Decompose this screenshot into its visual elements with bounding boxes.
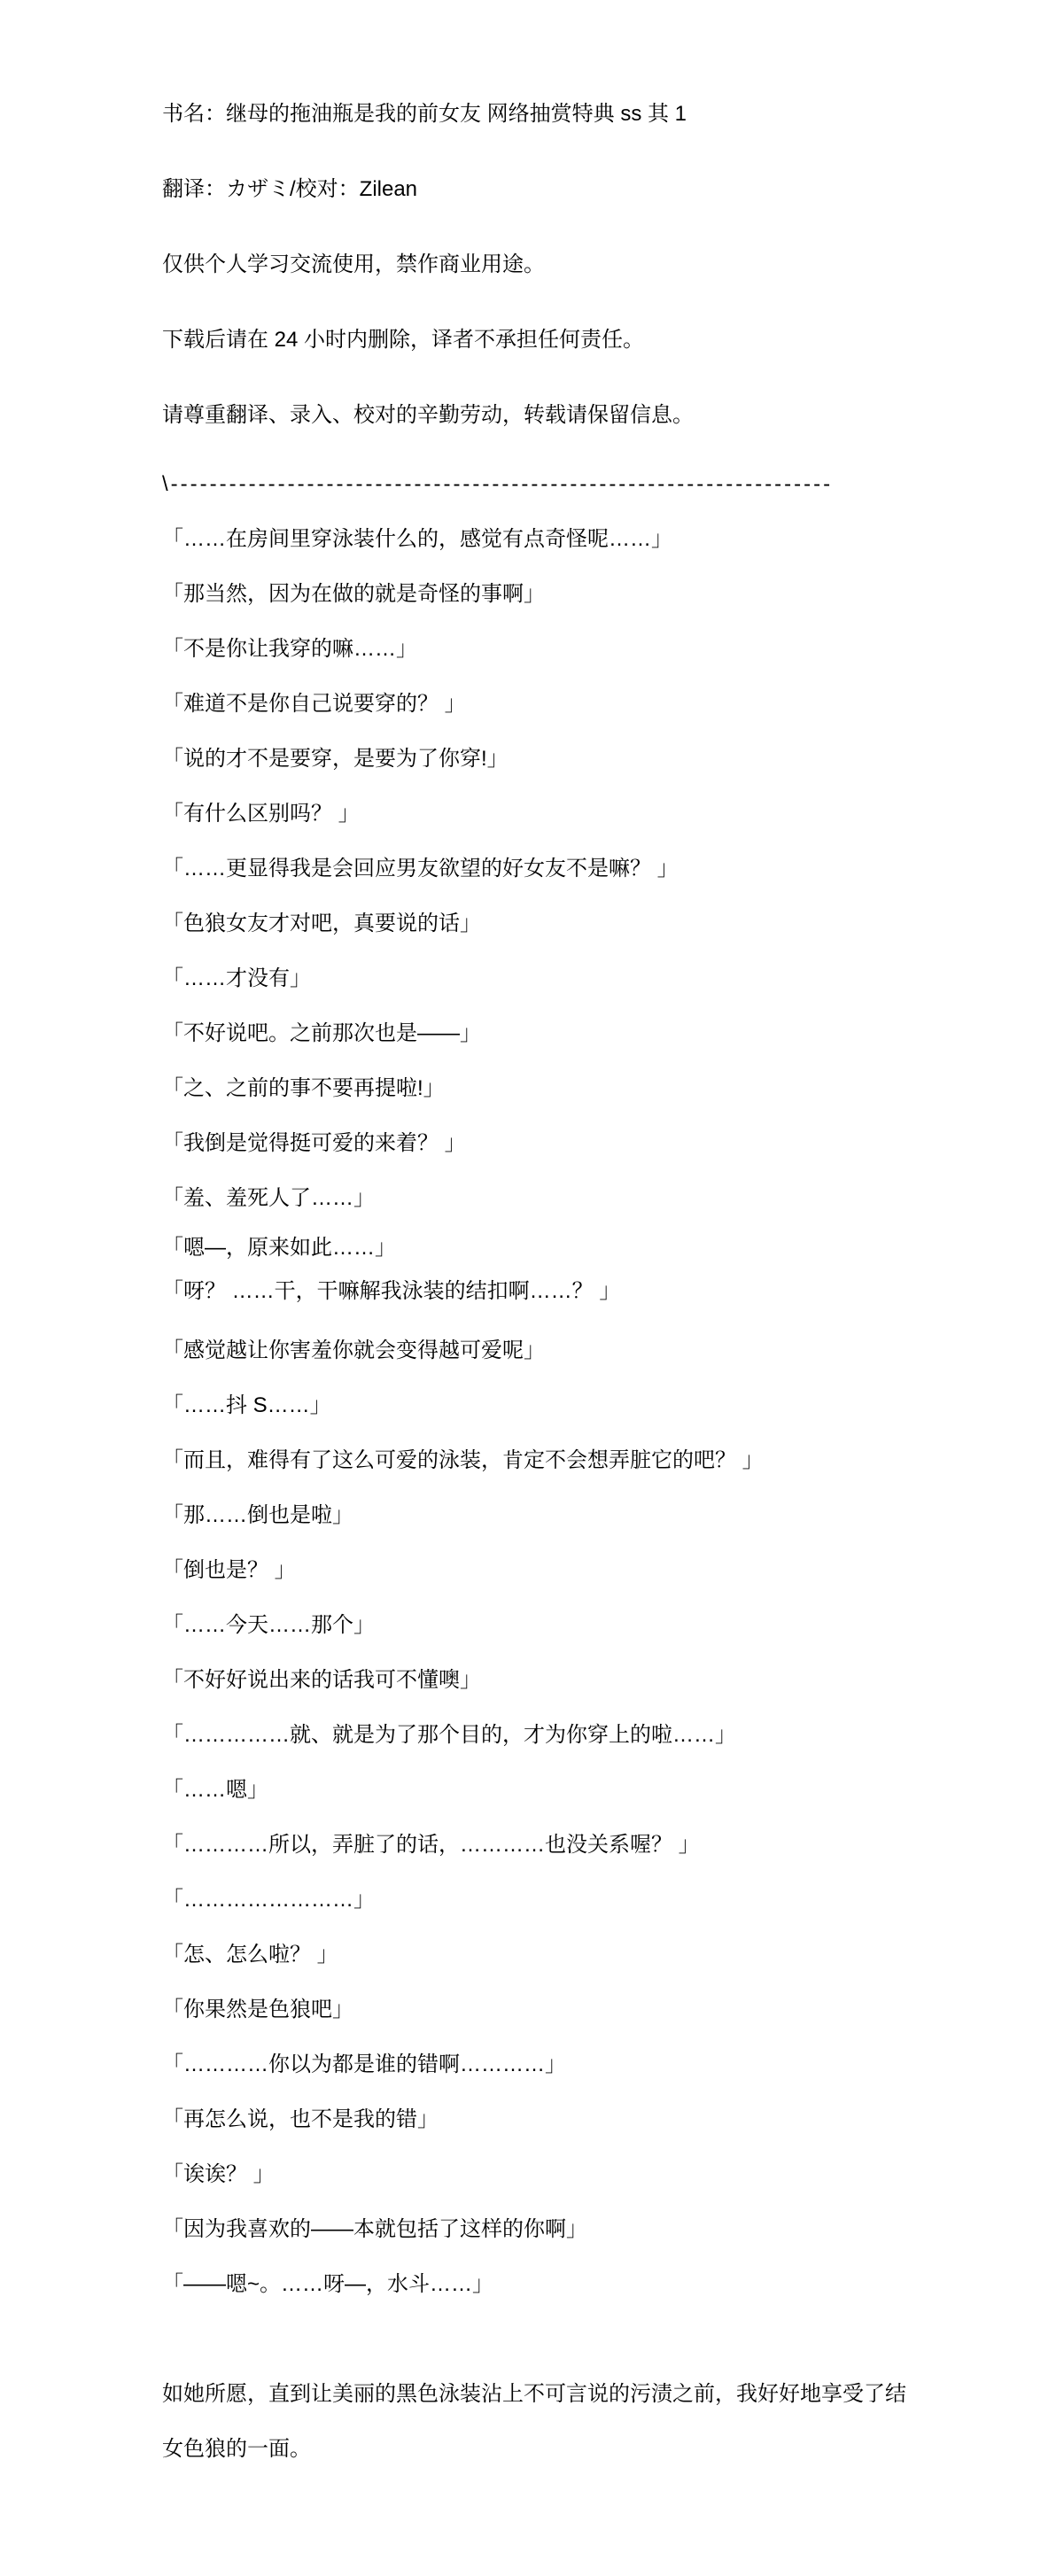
deletion-notice-line: 下载后请在 24 小时内删除，译者不承担任何责任。 [162,313,932,368]
dialogue-line: 「不好说吧。之前那次也是——」 [162,1006,932,1061]
dialogue-line: 「倒也是？ 」 [162,1543,932,1598]
dialogue-line: 「……在房间里穿泳装什么的，感觉有点奇怪呢……」 [162,512,932,567]
blank-line [162,2312,932,2367]
ending-paragraph: 如她所愿，直到让美丽的黑色泳装沾上不可言说的污渍之前，我好好地享受了结女色狼的一… [162,2367,932,2477]
dialogue-line: 「之、之前的事不要再提啦!」 [162,1061,932,1116]
ending-line: 女色狼的一面。 [162,2437,311,2461]
document-page: 书名：继母的拖油瓶是我的前女友 网络抽赏特典 ss 其 1 翻译：カザミ/校对：… [0,0,1056,2576]
dialogue-line: 「……抖 S……」 [162,1378,932,1433]
usage-notice-line: 仅供个人学习交流使用，禁作商业用途。 [162,237,932,292]
dialogue-line: 「难道不是你自己说要穿的？ 」 [162,677,932,732]
dialogue-line: 「……更显得我是会回应男友欲望的好女友不是嘛？ 」 [162,842,932,896]
ending-line: 如她所愿，直到让美丽的黑色泳装沾上不可言说的污渍之前，我好好地享受了结 [162,2382,906,2406]
dialogue-line: 「色狼女友才对吧，真要说的话」 [162,896,932,951]
dialogue-line: 「嗯—，原来如此……」 [162,1236,396,1260]
dialogue-line: 「……才没有」 [162,951,932,1006]
dialogue-line: 「……………就、就是为了那个目的，才为你穿上的啦……」 [162,1708,932,1763]
dialogue-line: 「诶诶？ 」 [162,2147,932,2202]
dialogue-line: 「……今天……那个」 [162,1598,932,1653]
dialogue-line: 「羞、羞死人了……」 [162,1171,932,1226]
dialogue-line: 「那当然，因为在做的就是奇怪的事啊」 [162,567,932,622]
dialogue-line: 「说的才不是要穿，是要为了你穿!」 [162,732,932,787]
dialogue-line: 「怎、怎么啦？ 」 [162,1928,932,1982]
dialogue-line: 「因为我喜欢的——本就包括了这样的你啊」 [162,2202,932,2257]
dialogue-line: 「那……倒也是啦」 [162,1488,932,1543]
dialogue-line: 「——嗯~。……呀—，水斗……」 [162,2257,932,2312]
dialogue-line: 「……嗯」 [162,1763,932,1818]
dialogue-line: 「…………你以为都是谁的错啊…………」 [162,2037,932,2092]
dialogue-line: 「你果然是色狼吧」 [162,1982,932,2037]
dialogue-line: 「而且，难得有了这么可爱的泳装，肯定不会想弄脏它的吧？ 」 [162,1433,932,1488]
dialogue-line: 「再怎么说，也不是我的错」 [162,2092,932,2147]
divider-line: \---------------------------------------… [162,457,932,512]
dialogue-line: 「不好好说出来的话我可不懂噢」 [162,1653,932,1708]
credits-line: 翻译：カザミ/校对：Zilean [162,162,932,217]
dialogue-line: 「…………所以，弄脏了的话，…………也没关系喔？ 」 [162,1818,932,1873]
dialogue-line: 「……………………」 [162,1873,932,1928]
dialogue-line-pair: 「嗯—，原来如此……」「呀？ ……干，干嘛解我泳装的结扣啊……？ 」 [162,1226,932,1313]
title-line: 书名：继母的拖油瓶是我的前女友 网络抽赏特典 ss 其 1 [162,87,932,142]
dialogue-line: 「有什么区别吗？ 」 [162,787,932,842]
dialogue-line: 「呀？ ……干，干嘛解我泳装的结扣啊……？ 」 [162,1279,620,1303]
dialogue-line: 「我倒是觉得挺可爱的来着？ 」 [162,1116,932,1171]
dialogue-line: 「感觉越让你害羞你就会变得越可爱呢」 [162,1323,932,1378]
respect-notice-line: 请尊重翻译、录入、校对的辛勤劳动，转载请保留信息。 [162,388,932,443]
dialogue-line: 「不是你让我穿的嘛……」 [162,622,932,677]
